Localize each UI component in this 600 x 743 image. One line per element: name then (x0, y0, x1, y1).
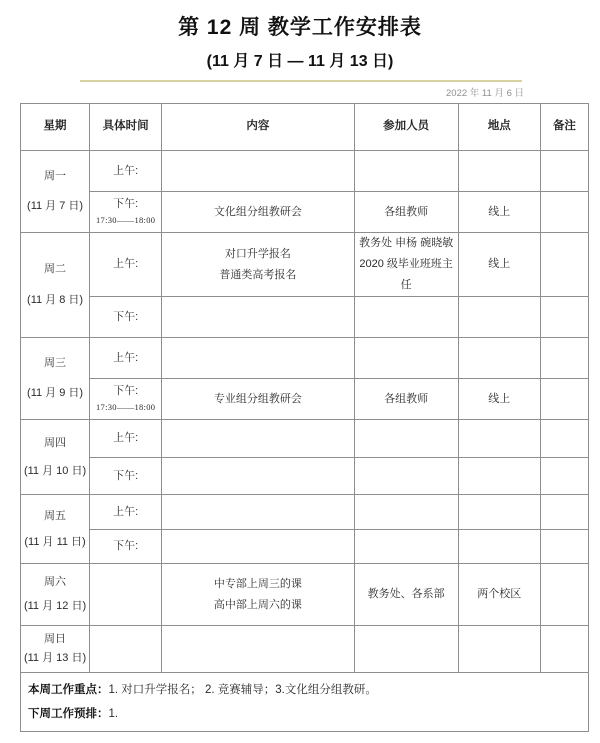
table-row: 周六(11 月 12 日)中专部上周三的课高中部上周六的课教务处、各系部两个校区 (21, 564, 589, 626)
table-body: 周一(11 月 7 日)上午:下午:17:30——18:00文化组分组教研会各组… (21, 151, 589, 732)
participants-cell (354, 495, 458, 530)
participants-cell: 各组教师 (354, 379, 458, 420)
table-row: 周二(11 月 8 日)上午:对口升学报名普通类高考报名教务处 申杨 碗晓敏20… (21, 233, 589, 297)
location-cell (458, 530, 540, 564)
day-cell-inner: 周一(11 月 7 日) (21, 154, 89, 230)
day-cell: 周二(11 月 8 日) (21, 233, 90, 338)
time-detail: 17:30——18:00 (90, 402, 161, 413)
participants-cell (354, 530, 458, 564)
day-date: (11 月 10 日) (24, 464, 86, 479)
note-cell (540, 297, 588, 338)
participants-cell (354, 297, 458, 338)
day-date: (11 月 8 日) (27, 293, 83, 308)
schedule-table: 星期具体时间内容参加人员地点备注 周一(11 月 7 日)上午:下午:17:30… (20, 103, 589, 732)
location-cell: 线上 (458, 192, 540, 233)
time-detail: 17:30——18:00 (90, 215, 161, 226)
day-cell: 周一(11 月 7 日) (21, 151, 90, 233)
day-name: 周六 (44, 575, 66, 590)
location-cell: 线上 (458, 233, 540, 297)
day-cell: 周日(11 月 13 日) (21, 626, 90, 673)
time-cell: 下午:17:30——18:00 (90, 192, 162, 233)
time-label: 下午: (90, 539, 161, 554)
participants-line: 2020 级毕业班班主任 (355, 254, 458, 296)
day-date: (11 月 13 日) (24, 651, 86, 666)
content-cell: 文化组分组教研会 (162, 192, 354, 233)
location-cell (458, 338, 540, 379)
day-cell-inner: 周五(11 月 11 日) (21, 498, 89, 561)
content-cell (162, 297, 354, 338)
content-cell (162, 495, 354, 530)
table-header: 星期具体时间内容参加人员地点备注 (21, 104, 589, 151)
time-label: 下午: (90, 310, 161, 325)
content-cell: 专业组分组教研会 (162, 379, 354, 420)
time-cell: 下午: (90, 297, 162, 338)
time-cell: 上午: (90, 338, 162, 379)
note-cell (540, 530, 588, 564)
time-cell: 下午: (90, 458, 162, 495)
participants-cell (354, 458, 458, 495)
note-cell (540, 233, 588, 297)
table-row: 周四(11 月 10 日)上午: (21, 420, 589, 458)
footer-row: 本周工作重点：1. 对口升学报名； 2. 竞赛辅导；3.文化组分组教研。下周工作… (21, 673, 589, 732)
day-name: 周一 (44, 169, 66, 184)
participants-cell: 各组教师 (354, 192, 458, 233)
time-label: 上午: (90, 257, 161, 272)
time-label: 上午: (90, 351, 161, 366)
column-header-0: 星期 (21, 104, 90, 151)
content-line: 中专部上周三的课 (162, 574, 353, 595)
page-subtitle: (11 月 7 日 — 11 月 13 日) (0, 48, 600, 71)
time-cell: 下午: (90, 530, 162, 564)
location-cell: 两个校区 (458, 564, 540, 626)
table-row: 周三(11 月 9 日)上午: (21, 338, 589, 379)
day-name: 周五 (44, 509, 66, 524)
table-row: 下午: (21, 458, 589, 495)
participants-cell (354, 626, 458, 673)
time-cell: 上午: (90, 233, 162, 297)
column-header-1: 具体时间 (90, 104, 162, 151)
week-focus-text: 1. 对口升学报名； 2. 竞赛辅导；3.文化组分组教研。 (109, 684, 377, 696)
location-cell (458, 495, 540, 530)
day-date: (11 月 12 日) (24, 599, 86, 614)
next-week-line: 下周工作预排：1. (28, 702, 581, 726)
day-cell: 周六(11 月 12 日) (21, 564, 90, 626)
column-header-5: 备注 (540, 104, 588, 151)
content-line: 专业组分组教研会 (162, 389, 353, 410)
note-cell (540, 564, 588, 626)
title-divider (80, 80, 522, 82)
content-line: 高中部上周六的课 (162, 595, 353, 616)
time-label: 下午: (90, 469, 161, 484)
day-name: 周三 (44, 356, 66, 371)
time-label: 下午: (90, 197, 161, 212)
column-header-2: 内容 (162, 104, 354, 151)
note-cell (540, 379, 588, 420)
week-focus-label: 本周工作重点： (28, 684, 109, 696)
issue-date: 2022 年 11 月 6 日 (0, 85, 524, 99)
note-cell (540, 192, 588, 233)
location-cell: 线上 (458, 379, 540, 420)
table-row: 下午: (21, 530, 589, 564)
table-row: 周五(11 月 11 日)上午: (21, 495, 589, 530)
footer-cell: 本周工作重点：1. 对口升学报名； 2. 竞赛辅导；3.文化组分组教研。下周工作… (21, 673, 589, 732)
week-focus-line: 本周工作重点：1. 对口升学报名； 2. 竞赛辅导；3.文化组分组教研。 (28, 678, 581, 702)
note-cell (540, 338, 588, 379)
location-cell (458, 458, 540, 495)
page-title: 第 12 周 教学工作安排表 (0, 11, 600, 41)
note-cell (540, 626, 588, 673)
day-cell-inner: 周三(11 月 9 日) (21, 341, 89, 417)
participants-cell (354, 338, 458, 379)
day-cell-inner: 周四(11 月 10 日) (21, 423, 89, 492)
time-label: 上午: (90, 431, 161, 446)
time-label: 下午: (90, 384, 161, 399)
day-cell: 周四(11 月 10 日) (21, 420, 90, 495)
participants-cell (354, 151, 458, 192)
time-cell: 上午: (90, 151, 162, 192)
location-cell (458, 151, 540, 192)
header-row: 星期具体时间内容参加人员地点备注 (21, 104, 589, 151)
day-cell-inner: 周二(11 月 8 日) (21, 247, 89, 323)
content-line: 对口升学报名 (162, 244, 353, 265)
participants-line: 各组教师 (355, 389, 458, 410)
participants-cell: 教务处、各系部 (354, 564, 458, 626)
participants-line: 教务处、各系部 (355, 584, 458, 605)
table-row: 周一(11 月 7 日)上午: (21, 151, 589, 192)
time-cell (90, 564, 162, 626)
note-cell (540, 458, 588, 495)
content-cell (162, 530, 354, 564)
day-name: 周日 (44, 632, 66, 647)
note-cell (540, 495, 588, 530)
content-cell: 中专部上周三的课高中部上周六的课 (162, 564, 354, 626)
location-cell (458, 297, 540, 338)
schedule-page: 第 12 周 教学工作安排表 (11 月 7 日 — 11 月 13 日) 20… (0, 11, 600, 732)
next-week-text: 1. (109, 708, 119, 720)
time-label: 上午: (90, 505, 161, 520)
table-row: 下午:17:30——18:00专业组分组教研会各组教师线上 (21, 379, 589, 420)
content-line: 文化组分组教研会 (162, 202, 353, 223)
day-date: (11 月 11 日) (24, 535, 85, 550)
day-cell: 周五(11 月 11 日) (21, 495, 90, 564)
table-row: 下午:17:30——18:00文化组分组教研会各组教师线上 (21, 192, 589, 233)
time-cell: 上午: (90, 495, 162, 530)
participants-line: 各组教师 (355, 202, 458, 223)
day-cell: 周三(11 月 9 日) (21, 338, 90, 420)
participants-cell: 教务处 申杨 碗晓敏2020 级毕业班班主任 (354, 233, 458, 297)
day-cell-inner: 周六(11 月 12 日) (21, 567, 89, 623)
time-cell (90, 626, 162, 673)
content-cell (162, 458, 354, 495)
day-date: (11 月 7 日) (27, 199, 83, 214)
day-cell-inner: 周日(11 月 13 日) (21, 629, 89, 670)
content-cell (162, 338, 354, 379)
column-header-3: 参加人员 (354, 104, 458, 151)
content-cell (162, 151, 354, 192)
content-cell (162, 626, 354, 673)
note-cell (540, 151, 588, 192)
day-date: (11 月 9 日) (27, 386, 83, 401)
column-header-4: 地点 (458, 104, 540, 151)
content-cell: 对口升学报名普通类高考报名 (162, 233, 354, 297)
time-cell: 下午:17:30——18:00 (90, 379, 162, 420)
day-name: 周四 (44, 436, 66, 451)
content-line: 普通类高考报名 (162, 265, 353, 286)
content-cell (162, 420, 354, 458)
time-cell: 上午: (90, 420, 162, 458)
note-cell (540, 420, 588, 458)
table-row: 周日(11 月 13 日) (21, 626, 589, 673)
location-cell (458, 626, 540, 673)
location-cell (458, 420, 540, 458)
participants-line: 教务处 申杨 碗晓敏 (355, 233, 458, 254)
time-label: 上午: (90, 164, 161, 179)
table-row: 下午: (21, 297, 589, 338)
next-week-label: 下周工作预排： (28, 708, 109, 720)
day-name: 周二 (44, 262, 66, 277)
participants-cell (354, 420, 458, 458)
